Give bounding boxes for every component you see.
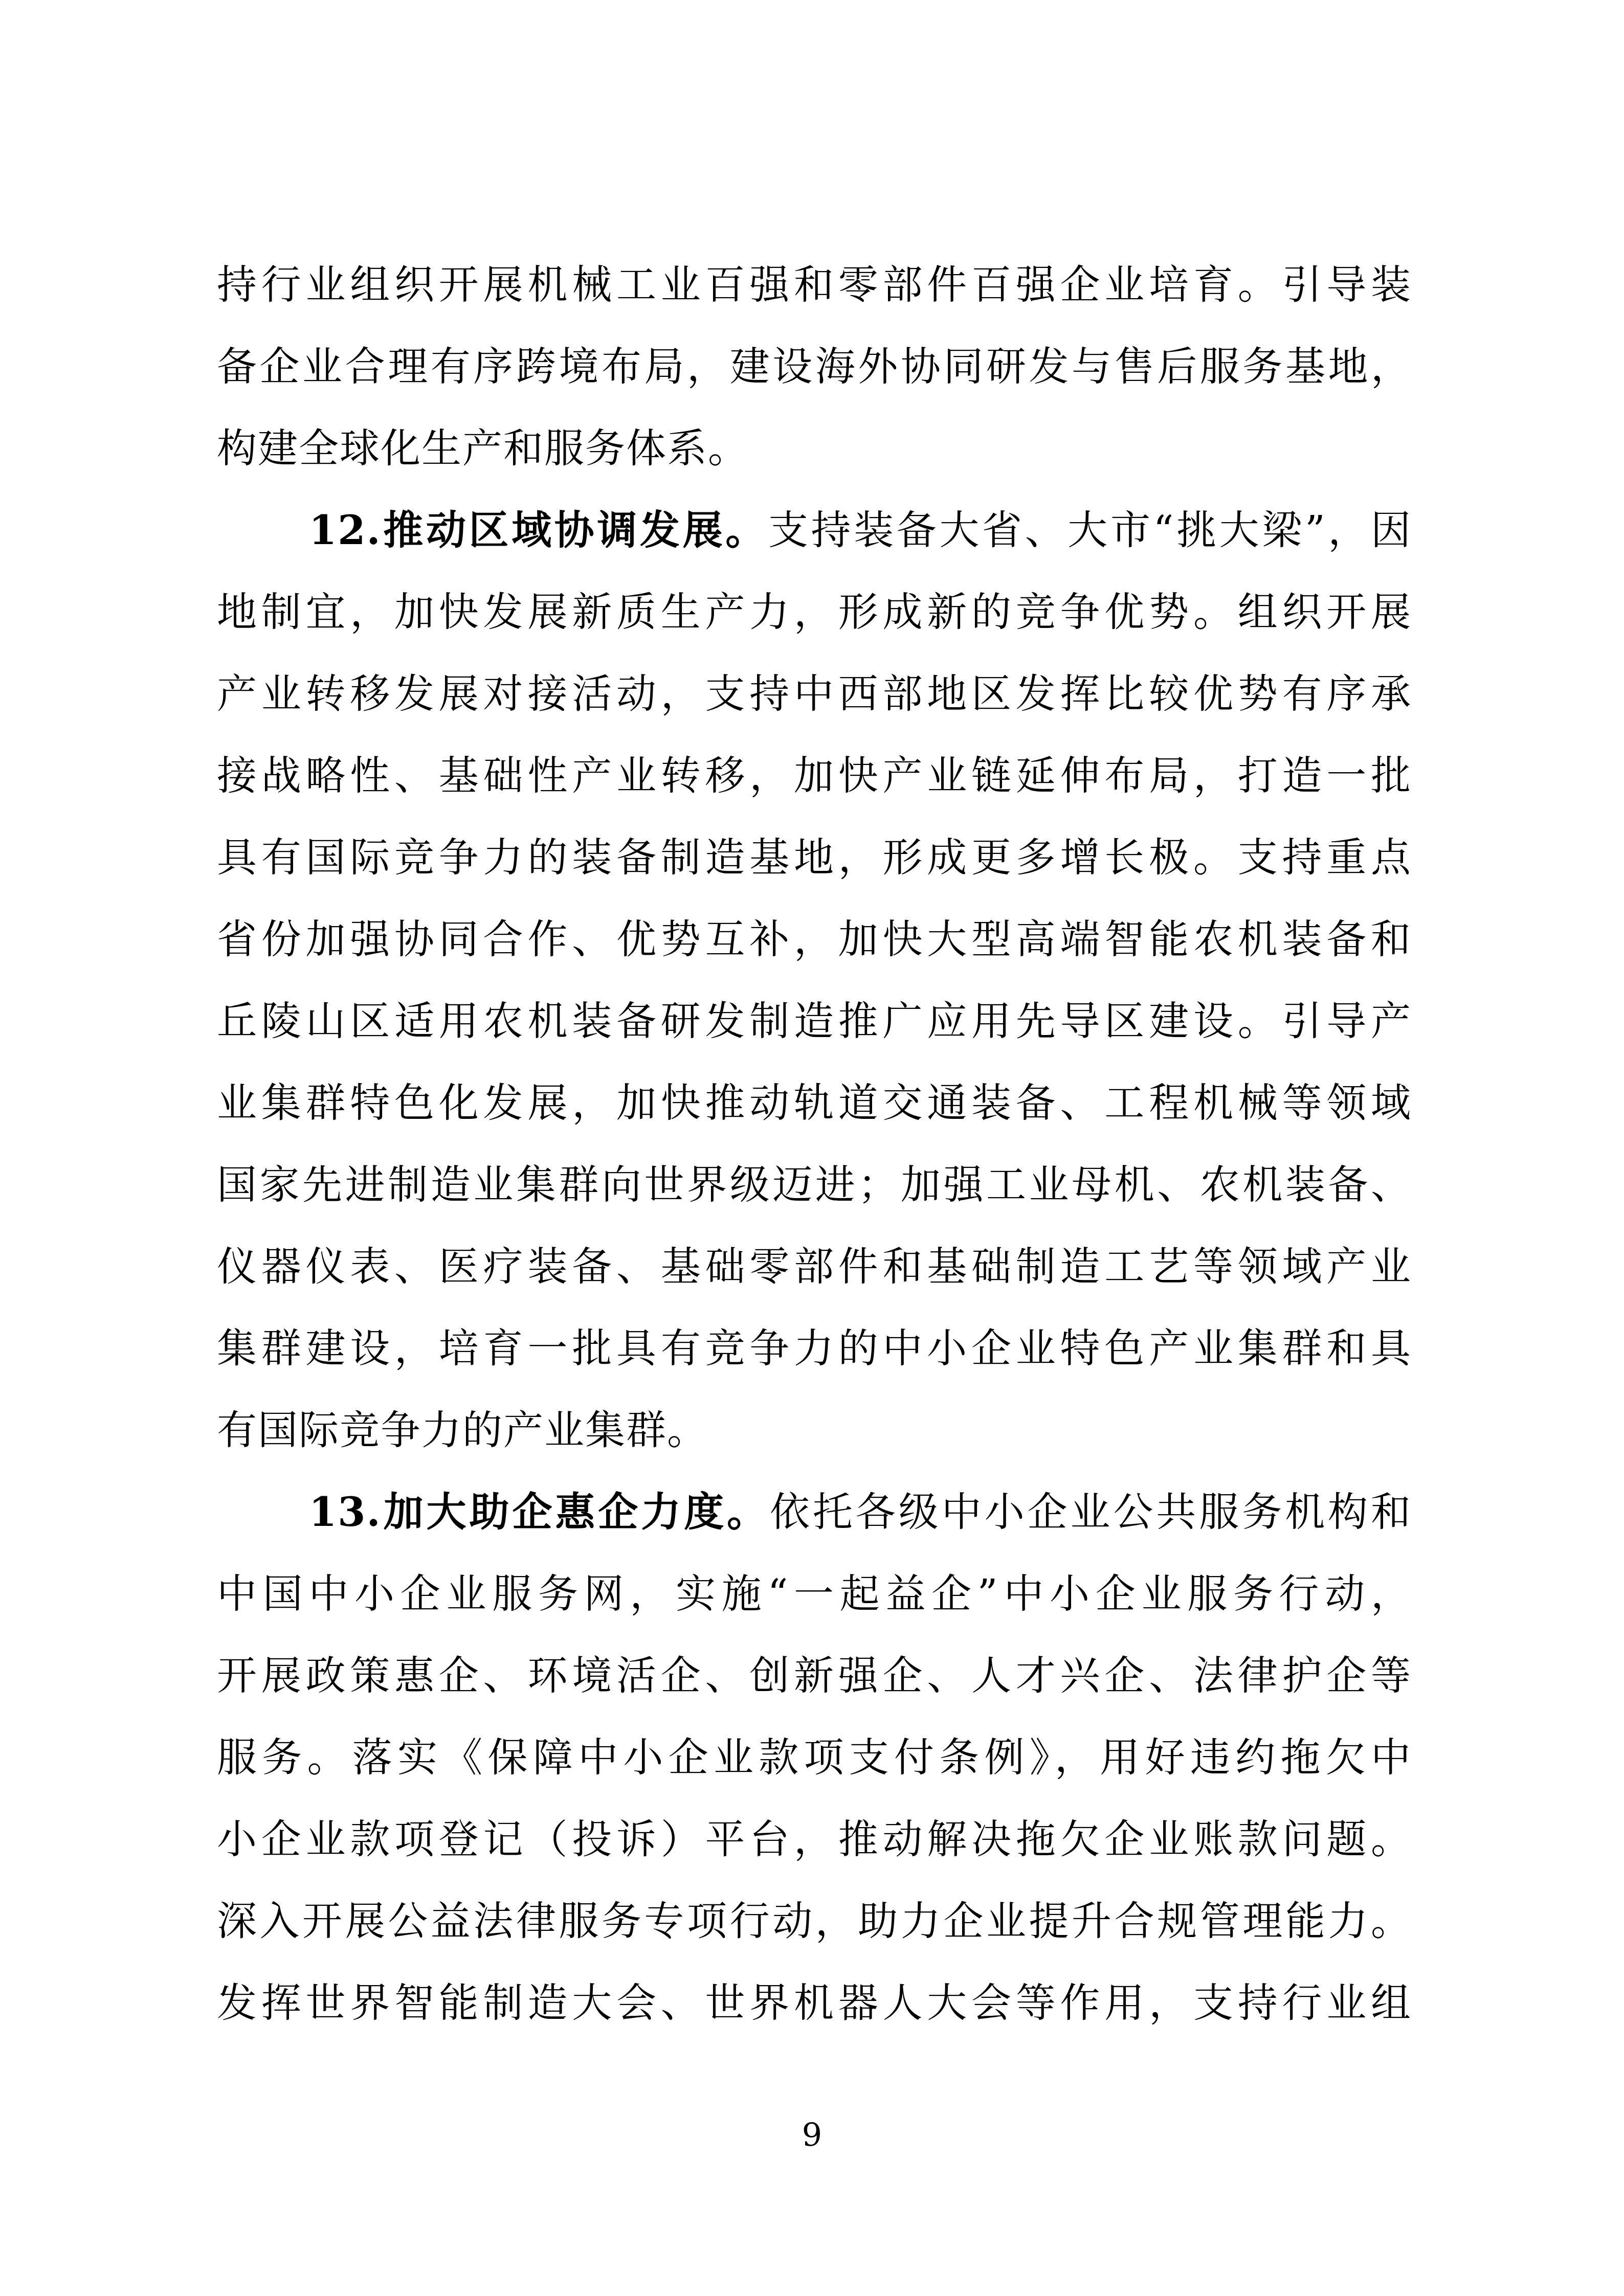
section-12-heading-line: 12.推动区域协调发展。支持装备大省、大市“挑大梁”，因 <box>217 490 1412 572</box>
text-line: 深入开展公益法律服务专项行动，助力企业提升合规管理能力。 <box>217 1881 1412 1963</box>
text-line: 省份加强协同合作、优势互补，加快大型高端智能农机装备和 <box>217 899 1412 981</box>
section-13-heading-line-rest: 依托各级中小企业公共服务机构和 <box>770 1490 1412 1536</box>
text-line: 持行业组织开展机械工业百强和零部件百强企业培育。引导装 <box>217 244 1412 326</box>
text-line: 业集群特色化发展，加快推动轨道交通装备、工程机械等领域 <box>217 1063 1412 1144</box>
text-line: 有国际竞争力的产业集群。 <box>217 1390 1412 1472</box>
section-13-heading: 13.加大助企惠企力度。 <box>309 1489 770 1536</box>
text-line: 开展政策惠企、环境活企、创新强企、人才兴企、法律护企等 <box>217 1635 1412 1717</box>
text-line: 国家先进制造业集群向世界级迈进；加强工业母机、农机装备、 <box>217 1144 1412 1226</box>
text-block: 持行业组织开展机械工业百强和零部件百强企业培育。引导装 备企业合理有序跨境布局，… <box>217 244 1412 2044</box>
section-12-heading: 12.推动区域协调发展。 <box>309 507 768 554</box>
text-line: 丘陵山区适用农机装备研发制造推广应用先导区建设。引导产 <box>217 981 1412 1063</box>
page-number: 9 <box>0 2112 1624 2158</box>
text-line: 服务。落实《保障中小企业款项支付条例》，用好违约拖欠中 <box>217 1717 1412 1799</box>
text-line: 仪器仪表、医疗装备、基础零部件和基础制造工艺等领域产业 <box>217 1226 1412 1308</box>
text-line: 备企业合理有序跨境布局，建设海外协同研发与售后服务基地， <box>217 326 1412 408</box>
text-line: 小企业款项登记（投诉）平台，推动解决拖欠企业账款问题。 <box>217 1799 1412 1881</box>
section-12-heading-line-rest: 支持装备大省、大市“挑大梁”，因 <box>768 508 1412 554</box>
text-line: 接战略性、基础性产业转移，加快产业链延伸布局，打造一批 <box>217 735 1412 817</box>
section-13-heading-line: 13.加大助企惠企力度。依托各级中小企业公共服务机构和 <box>217 1472 1412 1554</box>
text-line: 构建全球化生产和服务体系。 <box>217 408 1412 490</box>
text-line: 集群建设，培育一批具有竞争力的中小企业特色产业集群和具 <box>217 1308 1412 1390</box>
text-line: 中国中小企业服务网，实施“一起益企”中小企业服务行动， <box>217 1554 1412 1635</box>
text-line: 具有国际竞争力的装备制造基地，形成更多增长极。支持重点 <box>217 817 1412 899</box>
text-line: 发挥世界智能制造大会、世界机器人大会等作用，支持行业组 <box>217 1963 1412 2044</box>
document-page: 持行业组织开展机械工业百强和零部件百强企业培育。引导装 备企业合理有序跨境布局，… <box>0 0 1624 2296</box>
text-line: 产业转移发展对接活动，支持中西部地区发挥比较优势有序承 <box>217 654 1412 735</box>
text-line: 地制宜，加快发展新质生产力，形成新的竞争优势。组织开展 <box>217 572 1412 654</box>
